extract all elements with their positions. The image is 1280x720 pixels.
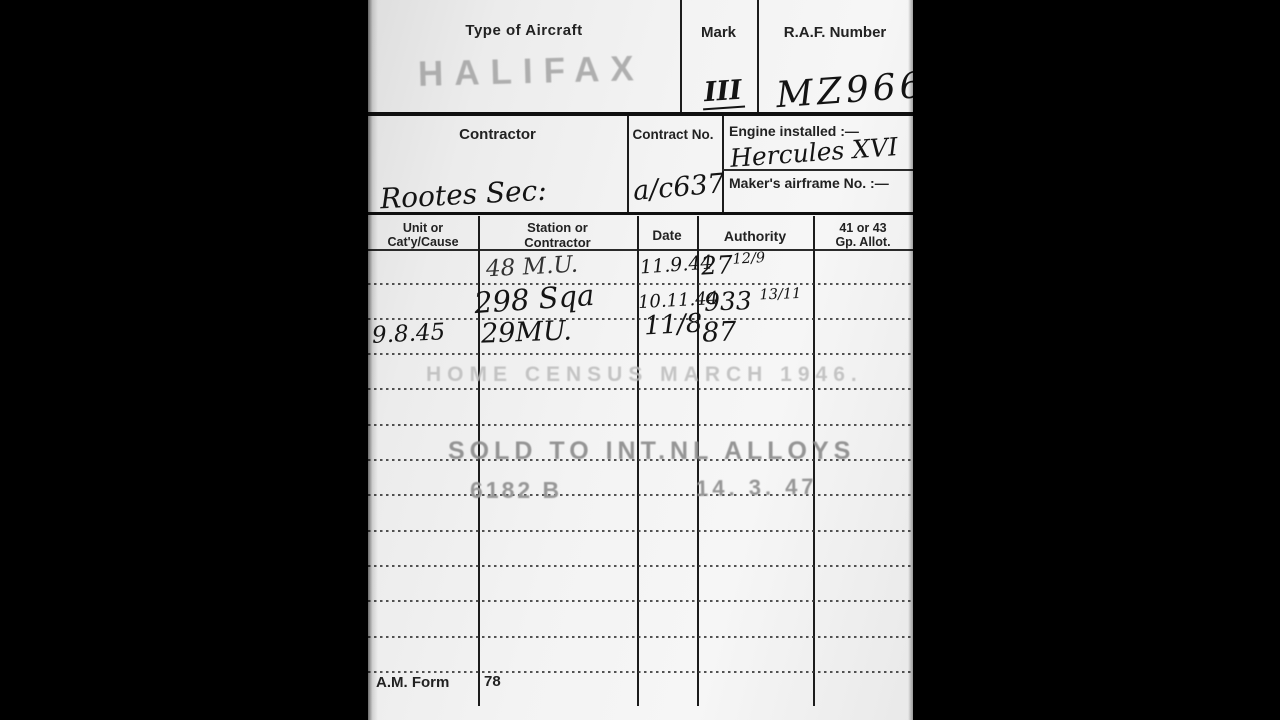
type-of-aircraft-stamp: HALIFAX	[418, 49, 646, 95]
divider-mark-raf	[757, 0, 759, 114]
row-rule-12	[368, 671, 913, 673]
row-rule-5	[368, 424, 913, 426]
contractor-label: Contractor	[368, 126, 627, 143]
row2-authority-value: 933 13/11	[704, 284, 802, 316]
contract-no-value-handwritten: a/c637	[632, 168, 726, 207]
column-header-authority: Authority	[697, 228, 813, 244]
column-header-unit: Unit or Cat'y/Cause	[368, 221, 478, 250]
raf-number-label: R.A.F. Number	[757, 24, 913, 41]
row-rule-9	[368, 565, 913, 567]
row3-station-value: 29MU.	[480, 315, 572, 349]
row3-authority-main: 87	[701, 316, 736, 348]
row1-station-value: 48 M.U.	[485, 252, 578, 283]
screenshot-stage: Type of Aircraft HALIFAX Mark III R.A.F.…	[0, 0, 1280, 720]
column-header-date: Date	[637, 228, 697, 243]
row1-authority-main: 27	[700, 250, 733, 281]
divider-contractno-engine	[722, 116, 724, 214]
section-divider-line-1	[368, 112, 913, 116]
mark-value-handwritten: III	[701, 75, 745, 111]
form-number: 78	[484, 673, 501, 690]
sold-to-stamp: SOLD TO INT.NL ALLOYS	[448, 437, 855, 466]
sold-ref-stamp: 6182 B	[470, 477, 562, 504]
table-header-underline	[368, 249, 913, 251]
makers-airframe-label: Maker's airframe No. :—	[729, 175, 889, 191]
column-header-station-line1: Station or	[478, 221, 637, 236]
row-rule-11	[368, 636, 913, 638]
aircraft-movement-card: Type of Aircraft HALIFAX Mark III R.A.F.…	[368, 0, 913, 720]
type-of-aircraft-label: Type of Aircraft	[368, 22, 680, 39]
column-header-unit-line1: Unit or	[368, 221, 478, 235]
home-census-stamp: HOME CENSUS MARCH 1946.	[426, 363, 863, 387]
row-rule-2	[368, 318, 913, 320]
contractor-value-handwritten: Rootes Sec:	[379, 174, 547, 216]
row3-date-value: 11/8	[643, 308, 703, 341]
engine-underline	[722, 169, 913, 171]
divider-type-mark	[680, 0, 682, 114]
row2-authority-main: 933	[704, 286, 753, 317]
column-header-allot: 41 or 43 Gp. Allot.	[813, 221, 913, 250]
contract-no-label: Contract No.	[624, 127, 722, 142]
raf-number-value-handwritten: MZ966	[775, 65, 913, 116]
column-header-allot-line2: Gp. Allot.	[813, 235, 913, 249]
column-header-unit-line2: Cat'y/Cause	[368, 235, 478, 249]
row3-unit-value: 9.8.45	[371, 319, 445, 349]
row3-authority-value: 87	[701, 315, 736, 348]
row-rule-7	[368, 494, 913, 496]
form-label: A.M. Form	[376, 674, 449, 691]
row1-authority-value: 2712/9	[700, 248, 766, 280]
column-header-station: Station or Contractor	[478, 221, 637, 251]
row-rule-4	[368, 388, 913, 390]
row1-authority-note: 12/9	[732, 250, 765, 268]
row-rule-1	[368, 283, 913, 285]
section-divider-line-2	[368, 212, 913, 215]
row2-station-value: 298 Sqa	[473, 278, 595, 320]
row-rule-8	[368, 530, 913, 532]
mark-label: Mark	[680, 24, 757, 41]
row-rule-3	[368, 353, 913, 355]
sold-date-stamp: 14. 3. 47	[696, 474, 818, 502]
row-rule-10	[368, 600, 913, 602]
column-header-allot-line1: 41 or 43	[813, 221, 913, 235]
row2-authority-note: 13/11	[759, 286, 801, 303]
